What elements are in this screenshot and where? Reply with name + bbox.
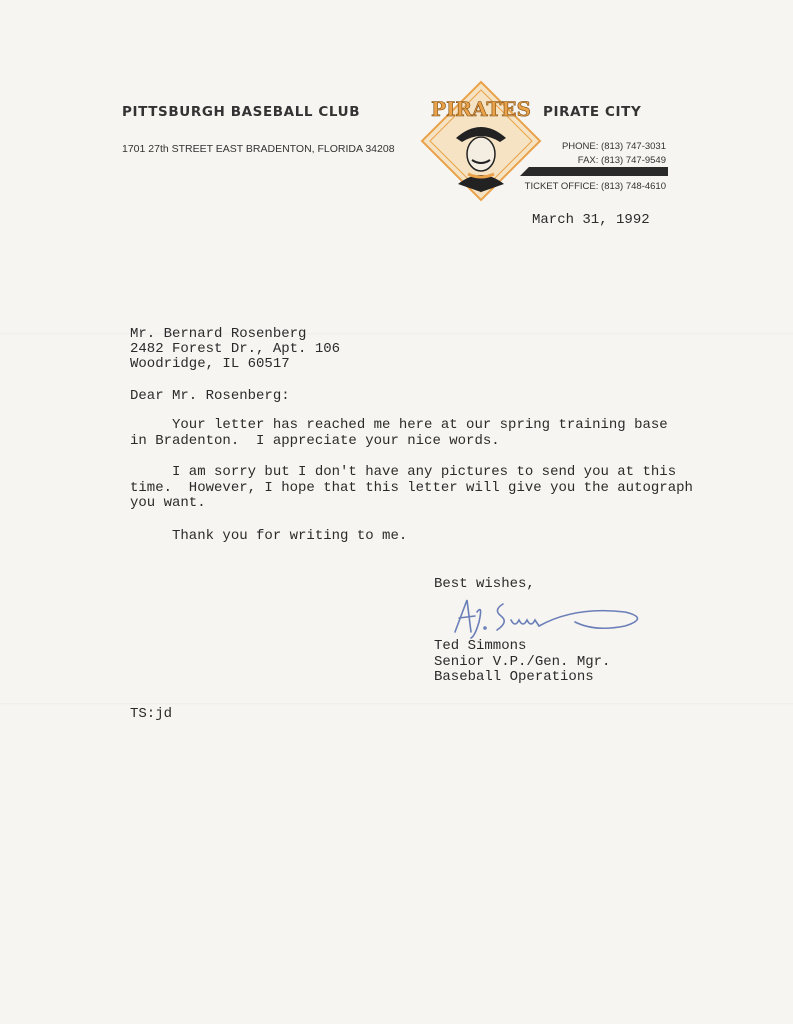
recipient-line: 2482 Forest Dr., Apt. 106	[130, 342, 340, 357]
signer-department: Baseball Operations	[434, 670, 610, 686]
signature-block: Ted Simmons Senior V.P./Gen. Mgr. Baseba…	[434, 639, 610, 686]
body-paragraph: Thank you for writing to me.	[130, 529, 670, 545]
recipient-line: Woodridge, IL 60517	[130, 357, 340, 372]
letter-date: March 31, 1992	[532, 212, 650, 228]
signature-icon	[445, 592, 655, 640]
recipient-address: Mr. Bernard Rosenberg 2482 Forest Dr., A…	[130, 327, 340, 372]
phone-number: PHONE: (813) 747-3031	[562, 141, 666, 152]
club-name: PITTSBURGH BASEBALL CLUB	[122, 104, 360, 120]
closing: Best wishes,	[434, 576, 535, 592]
paper-fold	[0, 703, 793, 705]
club-address: 1701 27th STREET EAST BRADENTON, FLORIDA…	[122, 143, 395, 155]
paper-fold	[0, 333, 793, 335]
ticket-office-number: TICKET OFFICE: (813) 748-4610	[525, 181, 666, 192]
salutation: Dear Mr. Rosenberg:	[130, 388, 290, 404]
svg-text:PIRATES: PIRATES	[431, 97, 531, 121]
recipient-line: Mr. Bernard Rosenberg	[130, 327, 340, 342]
body-paragraph: I am sorry but I don't have any pictures…	[130, 465, 670, 512]
body-paragraph: Your letter has reached me here at our s…	[130, 418, 670, 449]
facility-name: PIRATE CITY	[543, 104, 641, 120]
letterhead-bar	[520, 167, 668, 176]
fax-number: FAX: (813) 747-9549	[578, 155, 666, 166]
reference-initials: TS:jd	[130, 706, 172, 722]
signer-title: Senior V.P./Gen. Mgr.	[434, 655, 610, 671]
signer-name: Ted Simmons	[434, 639, 610, 655]
